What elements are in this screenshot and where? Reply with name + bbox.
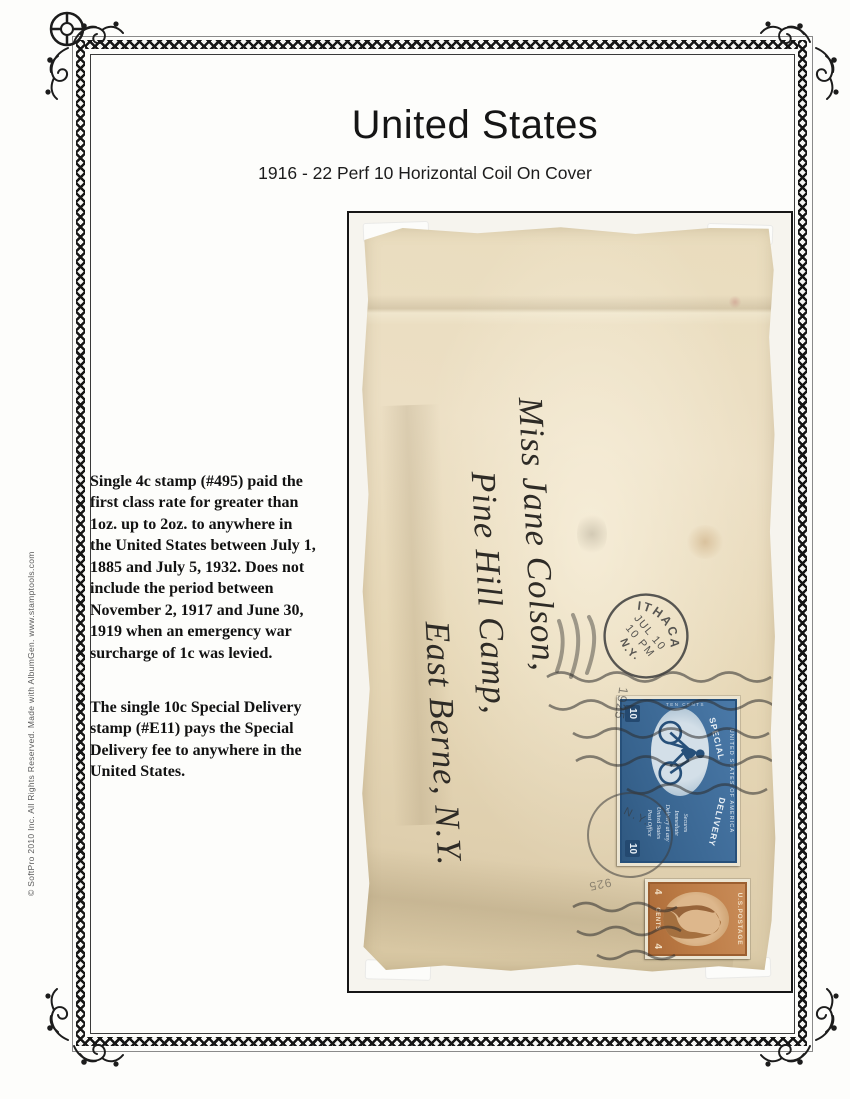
envelope-crease	[361, 295, 777, 325]
postmark-partial-state: N.Y.	[622, 805, 652, 828]
page-border-band-left	[76, 40, 85, 1046]
corner-ornament-icon	[24, 988, 124, 1088]
envelope-stain	[577, 511, 607, 557]
corner-ornament-icon	[760, 988, 850, 1088]
page-subtitle: 1916 - 22 Perf 10 Horizontal Coil On Cov…	[100, 163, 750, 184]
envelope-stain	[685, 525, 725, 559]
description-block: Single 4c stamp (#495) paid the first cl…	[90, 449, 346, 804]
cover-photo-frame: Miss Jane Colson, Pine Hill Camp, East B…	[347, 211, 793, 993]
copyright-note: © SoftPro 2010 Inc. All Rights Reserved.…	[26, 551, 36, 896]
address-line-3: East Berne, N.Y.	[417, 620, 470, 867]
envelope: Miss Jane Colson, Pine Hill Camp, East B…	[361, 225, 777, 973]
page-border-band-bottom	[76, 1037, 807, 1046]
page-border-band-top	[76, 40, 807, 49]
description-paragraph-2: The single 10c Special Delivery stamp (#…	[90, 697, 346, 783]
page-border-band-right	[798, 40, 807, 1046]
corner-ornament-icon	[760, 0, 850, 100]
address-line-2: Pine Hill Camp,	[463, 470, 516, 715]
envelope-rotated-content: Miss Jane Colson, Pine Hill Camp, East B…	[349, 213, 787, 987]
page-title: United States	[150, 103, 800, 148]
envelope-stain	[729, 295, 741, 309]
rosette-icon	[45, 7, 89, 51]
description-paragraph-1: Single 4c stamp (#495) paid the first cl…	[90, 471, 346, 665]
